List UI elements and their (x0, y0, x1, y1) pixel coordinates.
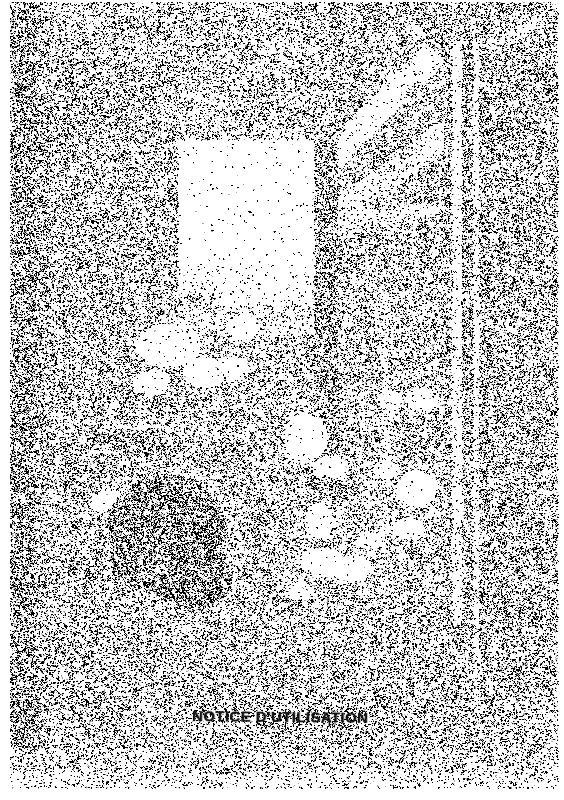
scanned-manual-cover-page: NOTICE D'UTILISATION (0, 0, 564, 800)
cover-caption: NOTICE D'UTILISATION (192, 708, 368, 727)
cover-photo-halftone-image (0, 0, 564, 800)
